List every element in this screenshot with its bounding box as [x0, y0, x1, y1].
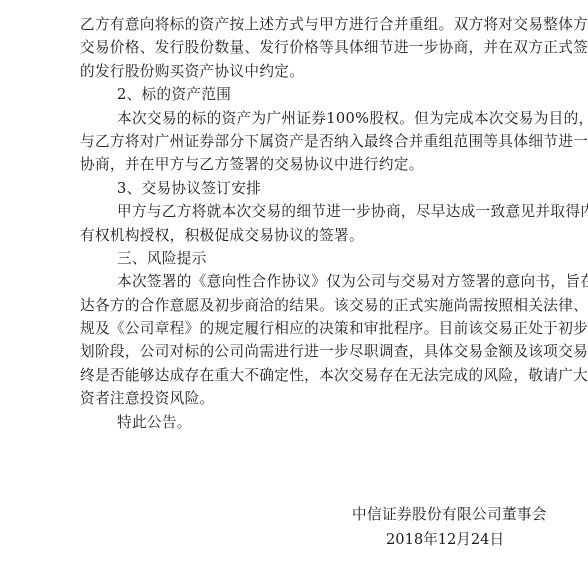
section-heading-risk-notice: 三、风险提示	[80, 247, 510, 270]
paragraph-line: 本次签署的《意向性合作协议》仅为公司与交易对方签署的意向书，旨在表	[80, 270, 510, 293]
signature-board: 中信证券股份有限公司董事会	[352, 503, 547, 524]
paragraph-line: 协商，并在甲方与乙方签署的交易协议中进行约定。	[80, 153, 510, 176]
paragraph-line: 交易价格、发行股份数量、发行价格等具体细节进一步协商，并在双方正式签署	[80, 36, 510, 59]
paragraph-line: 终是否能够达成存在重大不确定性，本次交易存在无法完成的风险，敬请广大投	[80, 364, 510, 387]
closing-statement: 特此公告。	[80, 411, 510, 434]
paragraph-line: 乙方有意向将标的资产按上述方式与甲方进行合并重组。双方将对交易整体方案、	[80, 13, 510, 36]
section-heading-agreement-arrangement: 3、交易协议签订安排	[80, 177, 510, 200]
paragraph-line: 资者注意投资风险。	[80, 387, 510, 410]
document-body: 乙方有意向将标的资产按上述方式与甲方进行合并重组。双方将对交易整体方案、 交易价…	[80, 13, 510, 434]
section-heading-asset-scope: 2、标的资产范围	[80, 83, 510, 106]
document-page: 乙方有意向将标的资产按上述方式与甲方进行合并重组。双方将对交易整体方案、 交易价…	[0, 0, 588, 569]
paragraph-line: 达各方的合作意愿及初步商洽的结果。该交易的正式实施尚需按照相关法律、法	[80, 294, 510, 317]
paragraph-line: 甲方与乙方将就本次交易的细节进一步协商，尽早达成一致意见并取得内部	[80, 200, 510, 223]
paragraph-line: 与乙方将对广州证券部分下属资产是否纳入最终合并重组范围等具体细节进一步	[80, 130, 510, 153]
paragraph-line: 的发行股份购买资产协议中约定。	[80, 60, 510, 83]
paragraph-line: 有权机构授权，积极促成交易协议的签署。	[80, 224, 510, 247]
paragraph-line: 划阶段，公司对标的公司尚需进行进一步尽职调查，具体交易金额及该项交易最	[80, 340, 510, 363]
paragraph-line: 本次交易的标的资产为广州证券100%股权。但为完成本次交易为目的，甲方	[80, 107, 510, 130]
paragraph-line: 规及《公司章程》的规定履行相应的决策和审批程序。目前该交易正处于初步筹	[80, 317, 510, 340]
signature-date: 2018年12月24日	[386, 528, 504, 549]
